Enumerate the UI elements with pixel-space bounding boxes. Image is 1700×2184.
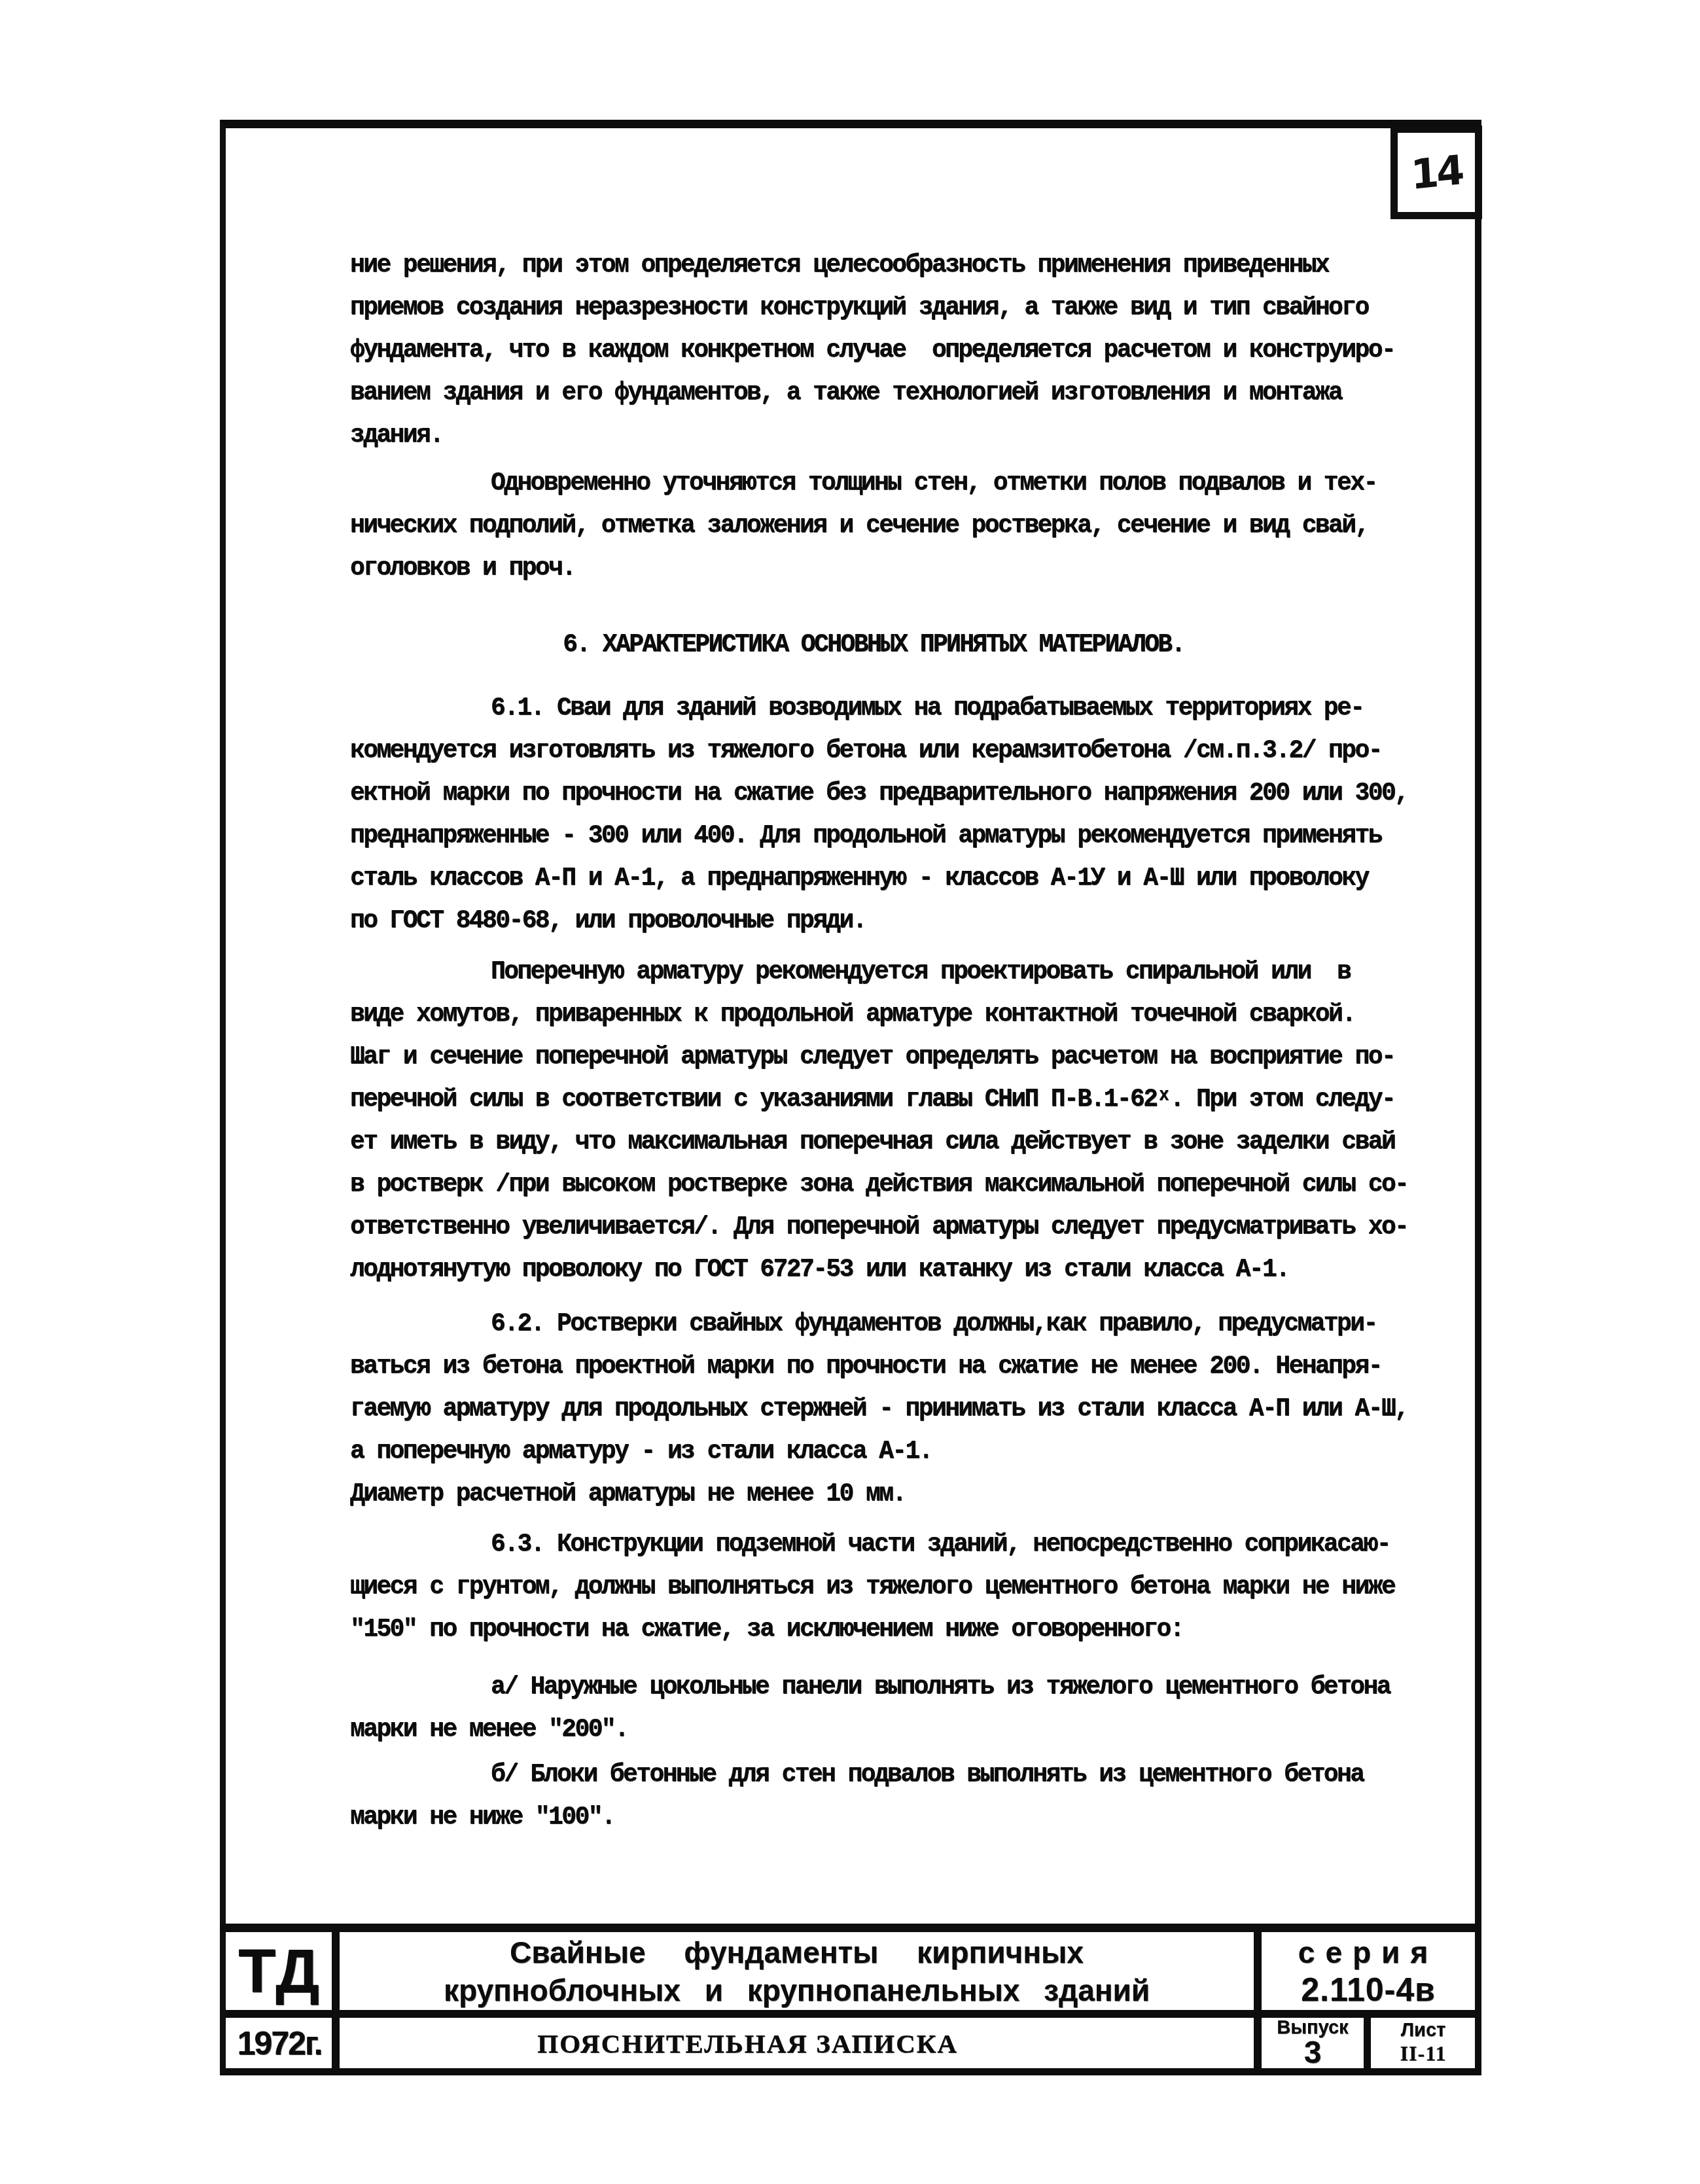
text-line: ванием здания и его фундаментов, а также… <box>350 372 1436 414</box>
document-type: ПОЯСНИТЕЛЬНАЯ ЗАПИСКА <box>537 2028 958 2059</box>
text-line: ет иметь в виду, что максимальная попере… <box>350 1121 1436 1163</box>
issue-cell: Выпуск 3 <box>1262 2018 1364 2068</box>
text-line: ваться из бетона проектной марки по проч… <box>350 1345 1436 1388</box>
page-number-box: 14 <box>1390 126 1482 219</box>
text-line: виде хомутов, приваренных к продольной а… <box>350 993 1436 1036</box>
text-line: ектной марки по прочности на сжатие без … <box>350 772 1436 815</box>
title-block-col2-divider <box>1254 1932 1262 2068</box>
document-type-cell: ПОЯСНИТЕЛЬНАЯ ЗАПИСКА <box>340 2018 1254 2068</box>
text-line: ответственно увеличивается/. Для попереч… <box>350 1206 1436 1248</box>
document-code-cell: ТД <box>227 1932 332 2010</box>
text-line: марки не ниже "100". <box>350 1796 1436 1839</box>
text-line: оголовков и проч. <box>350 547 1436 590</box>
issue-value: 3 <box>1304 2038 1322 2068</box>
document-title-line2: крупноблочных и крупнопанельных зданий <box>444 1971 1150 2009</box>
series-value: 2.110-4в <box>1301 1971 1436 2009</box>
title-block-top-line <box>220 1924 1481 1932</box>
text-line: "150" по прочности на сжатие, за исключе… <box>350 1608 1436 1651</box>
document-year: 1972г. <box>238 2024 322 2062</box>
scanned-document-page: 14 ние решения, при этом определяется це… <box>0 0 1700 2184</box>
text-line: приемов создания неразрезности конструкц… <box>350 287 1436 329</box>
text-line: сталь классов А-П и А-1, а преднапряженн… <box>350 857 1436 900</box>
text-line: Поперечную арматуру рекомендуется проект… <box>350 951 1436 993</box>
sheet-value: II-11 <box>1400 2041 1447 2066</box>
text-line: ние решения, при этом определяется целес… <box>350 244 1436 287</box>
series-label: серия <box>1298 1934 1438 1971</box>
page-number: 14 <box>1409 146 1463 199</box>
paragraph-p5: 6.3. Конструкции подземной части зданий,… <box>350 1523 1436 1651</box>
text-line: 6.2. Ростверки свайных фундаментов должн… <box>350 1303 1436 1345</box>
text-line: Одновременно уточняются толщины стен, от… <box>350 462 1436 504</box>
sheet-label: Лист <box>1401 2020 1446 2041</box>
document-year-cell: 1972г. <box>227 2018 332 2068</box>
document-title-cell: Свайные фундаменты кирпичных крупноблочн… <box>340 1932 1254 2010</box>
paragraph-p0: ние решения, при этом определяется целес… <box>350 244 1436 457</box>
paragraph-p4: 6.2. Ростверки свайных фундаментов должн… <box>350 1303 1436 1515</box>
paragraph-p3: Поперечную арматуру рекомендуется проект… <box>350 951 1436 1291</box>
text-line: лоднотянутую проволоку по ГОСТ 6727-53 и… <box>350 1248 1436 1291</box>
text-line: здания. <box>350 414 1436 457</box>
text-line: 6. ХАРАКТЕРИСТИКА ОСНОВНЫХ ПРИНЯТЫХ МАТЕ… <box>350 624 1397 666</box>
text-line: гаемую арматуру для продольных стержней … <box>350 1388 1436 1430</box>
sheet-cell: Лист II-11 <box>1371 2018 1476 2068</box>
text-line: комендуется изготовлять из тяжелого бето… <box>350 730 1436 772</box>
text-line: а поперечную арматуру - из стали класса … <box>350 1430 1436 1473</box>
text-line: б/ Блоки бетонные для стен подвалов выпо… <box>350 1753 1436 1796</box>
text-line: перечной силы в соответствии с указаниям… <box>350 1078 1436 1121</box>
text-line: Диаметр расчетной арматуры не менее 10 м… <box>350 1473 1436 1515</box>
paragraph-p2: 6.1. Сваи для зданий возводимых на подра… <box>350 687 1436 942</box>
paragraph-p6: а/ Наружные цокольные панели выполнять и… <box>350 1666 1436 1751</box>
text-line: щиеся с грунтом, должны выполняться из т… <box>350 1566 1436 1608</box>
text-line: нических подполий, отметка заложения и с… <box>350 504 1436 547</box>
text-line: Шаг и сечение поперечной арматуры следуе… <box>350 1036 1436 1078</box>
title-block-issue-sheet-divider <box>1364 2018 1371 2068</box>
text-line: марки не менее "200". <box>350 1708 1436 1751</box>
document-code: ТД <box>238 1936 321 2007</box>
document-title-line1: Свайные фундаменты кирпичных <box>510 1933 1084 1971</box>
title-block-col1-divider <box>332 1932 340 2068</box>
text-line: 6.3. Конструкции подземной части зданий,… <box>350 1523 1436 1566</box>
series-cell: серия 2.110-4в <box>1262 1932 1475 2010</box>
paragraph-p1: Одновременно уточняются толщины стен, от… <box>350 462 1436 590</box>
text-line: фундамента, что в каждом конкретном случ… <box>350 329 1436 372</box>
text-line: а/ Наружные цокольные панели выполнять и… <box>350 1666 1436 1708</box>
text-line: 6.1. Сваи для зданий возводимых на подра… <box>350 687 1436 730</box>
text-line: преднапряженные - 300 или 400. Для продо… <box>350 815 1436 857</box>
section-heading: 6. ХАРАКТЕРИСТИКА ОСНОВНЫХ ПРИНЯТЫХ МАТЕ… <box>350 624 1397 666</box>
text-line: в ростверк /при высоком ростверке зона д… <box>350 1163 1436 1206</box>
paragraph-p7: б/ Блоки бетонные для стен подвалов выпо… <box>350 1753 1436 1839</box>
text-line: по ГОСТ 8480-68, или проволочные пряди. <box>350 900 1436 942</box>
